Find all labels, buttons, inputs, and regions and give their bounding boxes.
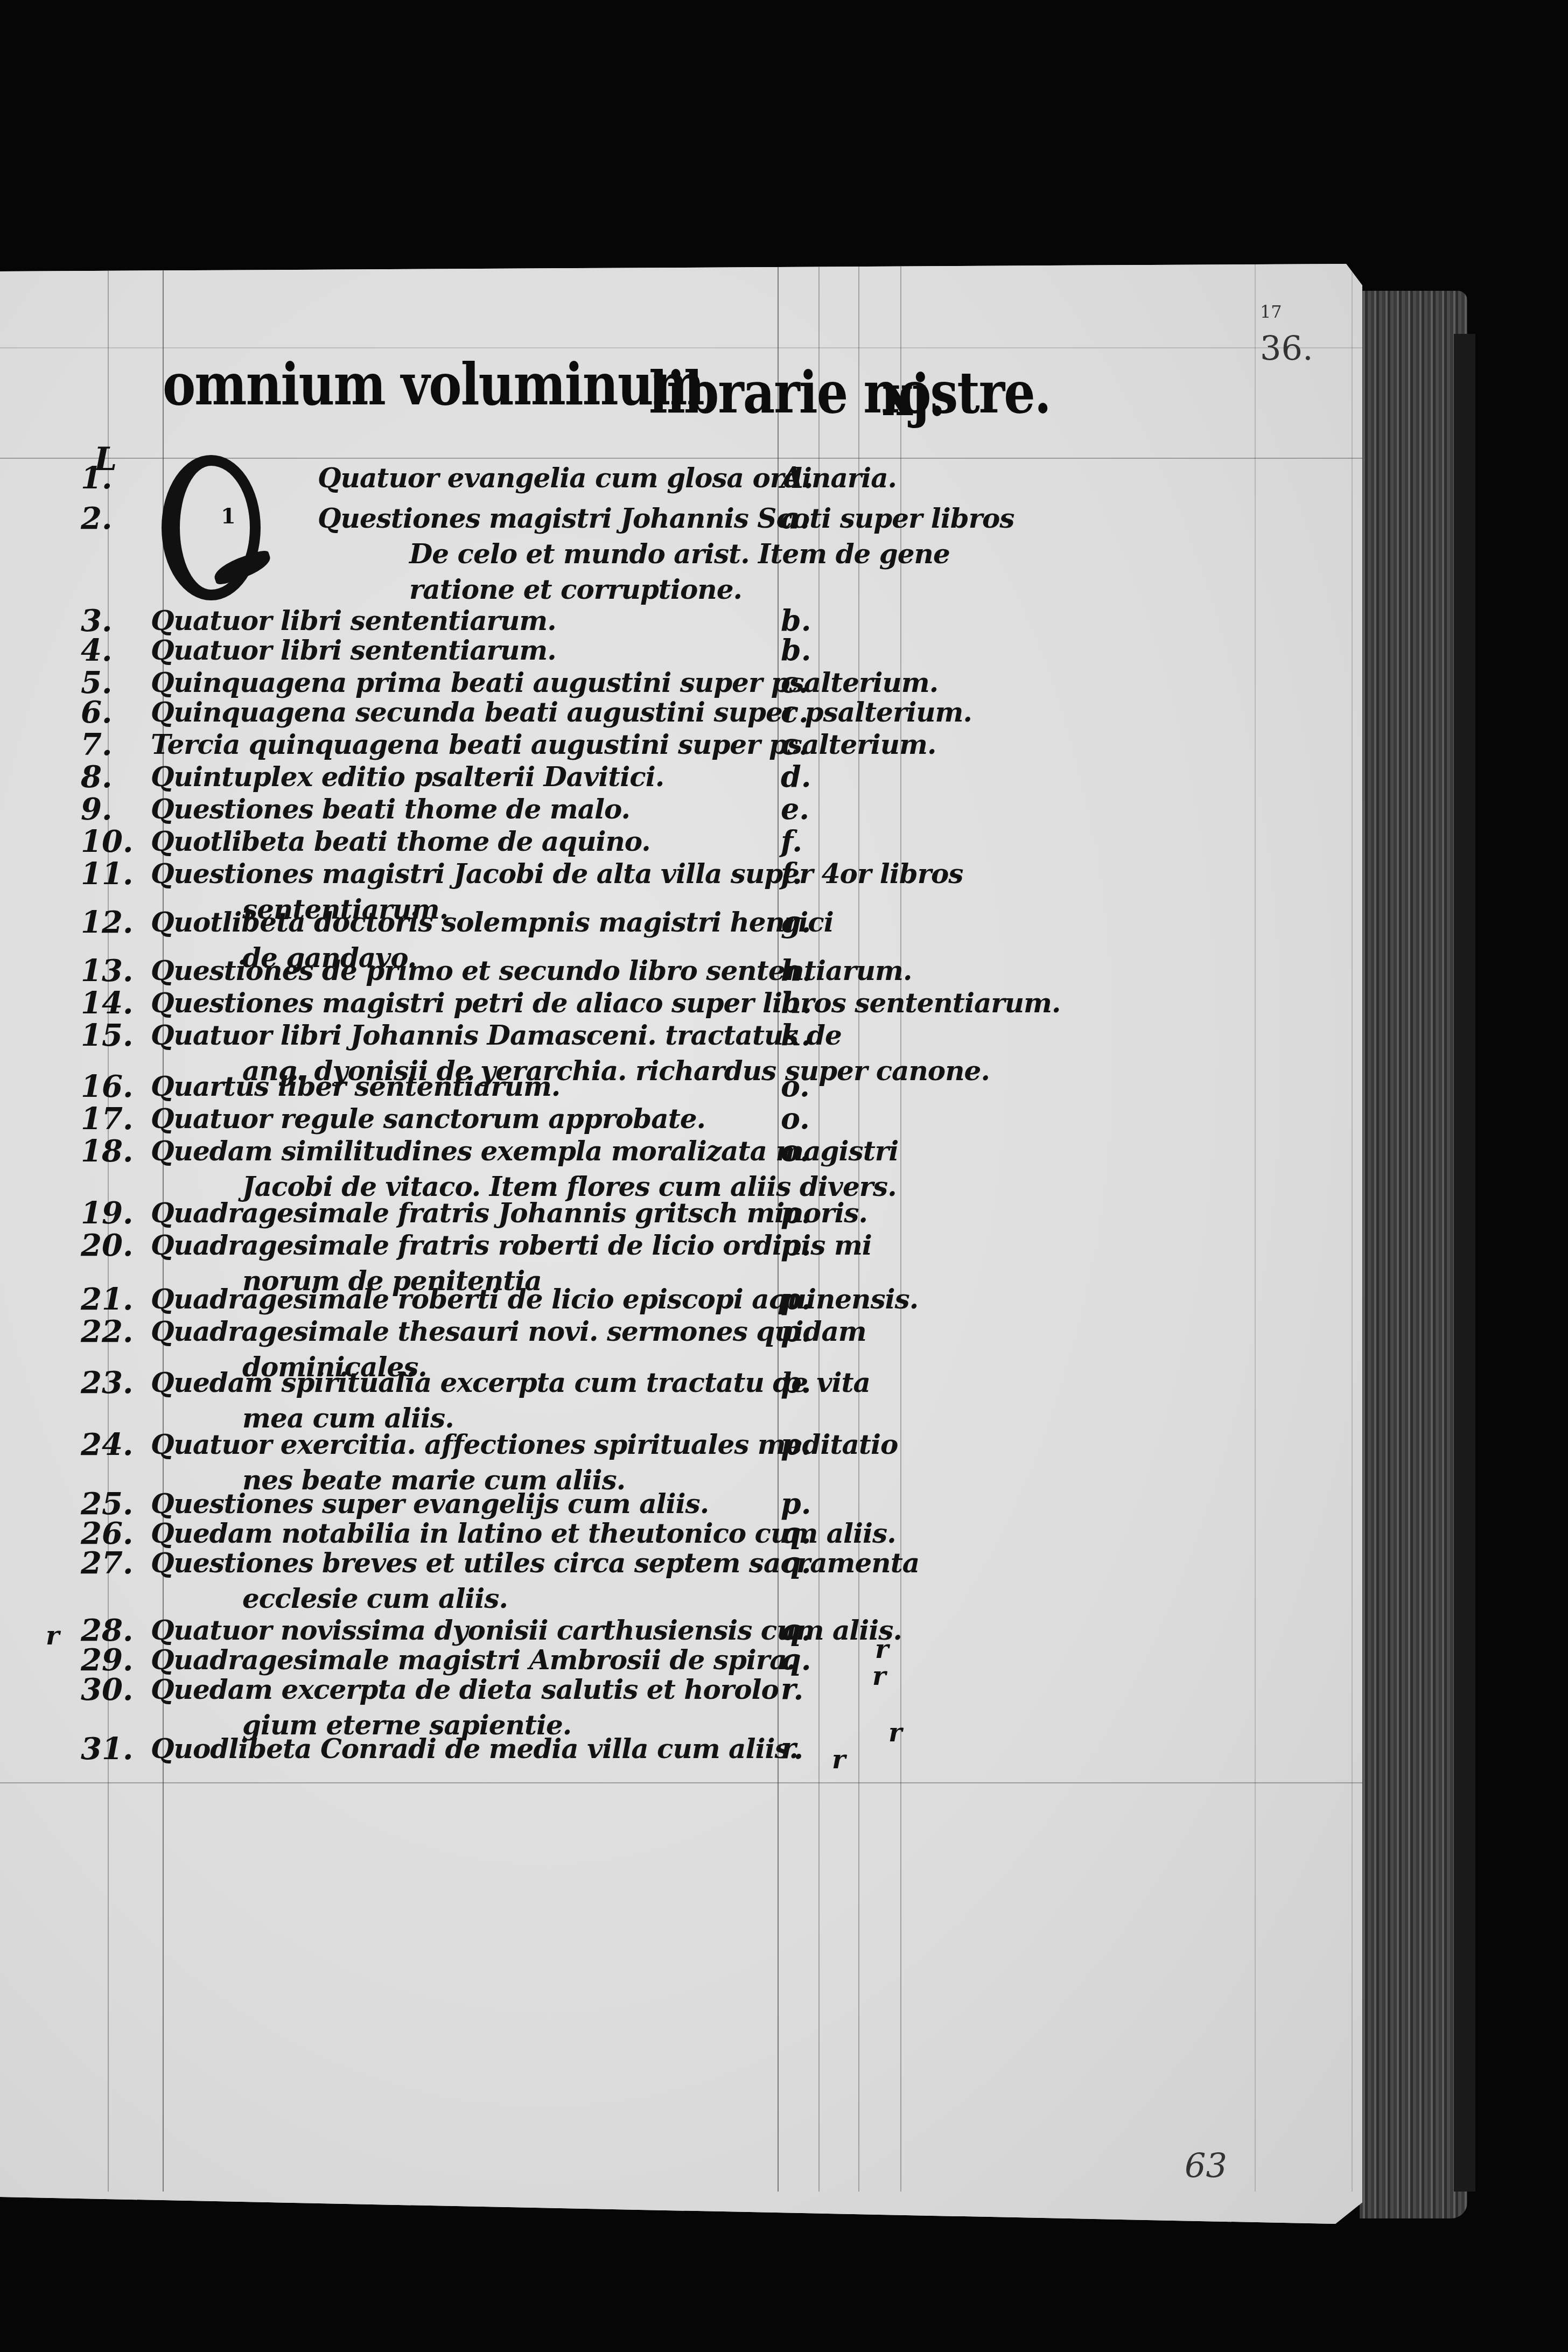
shelf-letter: c. (781, 727, 809, 761)
entry-number: 12. (81, 905, 145, 940)
entry-line: Quedam spiritualia excerpta cum tractatu… (151, 1365, 824, 1401)
entry-text: Tercia quinquagena beati augustini super… (151, 727, 824, 762)
shelf-letter: p. (781, 1195, 811, 1230)
entry-line: Quintuplex editio psalterii Davitici. (151, 759, 824, 795)
entry-number: 4. (81, 633, 145, 668)
margin-note-right: r (872, 1661, 886, 1691)
entry-number: 7. (81, 727, 145, 762)
entry-text: Quatuor evangelia cum glosa ordinaria. (318, 460, 991, 496)
shelf-letter: h. (781, 953, 812, 988)
entry-line: Quadragesimale thesauri novi. sermones q… (151, 1314, 824, 1349)
entry-text: Quotlibeta beati thome de aquino. (151, 824, 824, 859)
entry-line: Questiones de primo et secundo libro sen… (151, 953, 824, 989)
entry-line: Questiones magistri petri de aliaco supe… (151, 985, 824, 1021)
entry-line: Quotlibeta doctoris solempnis magistri h… (151, 905, 824, 940)
initial-inner-mark: 1 (221, 503, 236, 529)
shelf-letter: e. (781, 792, 809, 826)
entry-line: Quatuor regule sanctorum approbate. (151, 1101, 824, 1137)
entry-number: 22. (81, 1314, 145, 1349)
entry-line: Questiones beati thome de malo. (151, 792, 824, 827)
entry-text: Quadragesimale fratris Johannis gritsch … (151, 1195, 824, 1231)
book-fore-edge (1360, 291, 1467, 2218)
shelf-letter: h. (781, 985, 812, 1020)
shelf-letter: r. (781, 1672, 803, 1706)
entry-line: ratione et corruptione. (318, 572, 991, 607)
entry-text: Quatuor regule sanctorum approbate. (151, 1101, 824, 1137)
shelf-letter: A. (781, 460, 814, 495)
entry-number: 10. (81, 824, 145, 859)
shelf-letter: p. (781, 1314, 811, 1348)
entry-number: 13. (81, 953, 145, 989)
shelf-letter: p. (781, 1228, 811, 1262)
entry-line: Quatuor exercitia. affectiones spiritual… (151, 1427, 824, 1462)
shelf-letter: b. (781, 633, 811, 667)
shelf-letter: o. (781, 1133, 810, 1168)
entry-text: Quartus liber sententiarum. (151, 1069, 824, 1104)
entry-text: Quodlibeta Conradi de media villa cum al… (151, 1731, 824, 1767)
book-cover-edge (1454, 334, 1475, 2192)
margin-note-right: r (875, 1634, 888, 1664)
entry-number: 24. (81, 1427, 145, 1462)
headline-section: xj. (883, 362, 944, 429)
ruling-line (1352, 264, 1353, 2192)
entry-line: ecclesie cum aliis. (151, 1581, 824, 1616)
entry-line: De celo et mundo arist. Item de gene (318, 536, 991, 572)
entry-line: Questiones magistri Jacobi de alta villa… (151, 856, 824, 892)
entry-line: Quadragesimale roberti de licio episcopi… (151, 1282, 824, 1317)
entry-line: Tercia quinquagena beati augustini super… (151, 727, 824, 762)
entry-text: Quadragesimale roberti de licio episcopi… (151, 1282, 824, 1317)
shelf-letter: a. (781, 501, 810, 535)
entry-line: Quatuor evangelia cum glosa ordinaria. (318, 460, 991, 496)
entry-number: 14. (81, 985, 145, 1021)
entry-line: Quatuor libri Johannis Damasceni. tracta… (151, 1018, 824, 1053)
entry-text: Questiones breves et utiles circa septem… (151, 1545, 824, 1616)
shelf-letter: q. (781, 1545, 811, 1580)
entry-line: Quartus liber sententiarum. (151, 1069, 824, 1104)
entry-text: Questiones magistri Johannis Scoti super… (318, 501, 991, 607)
entry-line: Quotlibeta beati thome de aquino. (151, 824, 824, 859)
shelf-letter: o. (781, 1101, 810, 1136)
entry-number: 1. (81, 460, 145, 496)
entry-number: 17. (81, 1101, 145, 1137)
decorated-initial-q (162, 455, 261, 600)
shelf-letter: f. (781, 856, 802, 891)
shelf-letter: p. (781, 1365, 811, 1399)
entry-line: Quodlibeta Conradi de media villa cum al… (151, 1731, 824, 1767)
entry-number: 30. (81, 1672, 145, 1707)
entry-number: 16. (81, 1069, 145, 1104)
entry-line: Quinquagena secunda beati augustini supe… (151, 695, 824, 730)
shelf-letter: p. (781, 1427, 811, 1461)
ruling-line (0, 1782, 1362, 1783)
shelf-letter: r. (781, 1731, 803, 1766)
entry-text: Quatuor libri sententiarum. (151, 633, 824, 668)
entry-text: Questiones de primo et secundo libro sen… (151, 953, 824, 989)
entry-text: Questiones beati thome de malo. (151, 792, 824, 827)
bottom-number: 63 (1185, 2146, 1227, 2185)
headline-left: omnium voluminum (163, 351, 704, 418)
entry-number: 31. (81, 1731, 145, 1767)
entry-text: Quedam spiritualia excerpta cum tractatu… (151, 1365, 824, 1436)
entry-line: Quadragesimale fratris Johannis gritsch … (151, 1195, 824, 1231)
entry-line: Questiones breves et utiles circa septem… (151, 1545, 824, 1581)
folio-number: 36. (1260, 328, 1313, 368)
entry-line: Quatuor libri sententiarum. (151, 633, 824, 668)
entry-line: Questiones magistri Johannis Scoti super… (318, 501, 991, 536)
entry-number: 15. (81, 1018, 145, 1053)
entry-line: Quedam similitudines exempla moralizata … (151, 1133, 824, 1169)
headline-right: librarie nostre. (649, 359, 1051, 426)
ruling-line (0, 347, 1362, 348)
entry-number: 27. (81, 1545, 145, 1581)
entry-number: 8. (81, 759, 145, 795)
ruling-line (1255, 264, 1256, 2192)
shelf-letter: o. (781, 1069, 810, 1103)
entry-text: Questiones magistri petri de aliaco supe… (151, 985, 824, 1021)
entry-number: 2. (81, 501, 145, 536)
entry-line: Quedam excerpta de dieta salutis et horo… (151, 1672, 824, 1707)
entry-number: 19. (81, 1195, 145, 1231)
entry-line: Quadragesimale fratris roberti de licio … (151, 1228, 824, 1263)
entry-number: 6. (81, 695, 145, 730)
shelf-letter: d. (781, 759, 811, 794)
entry-number: 23. (81, 1365, 145, 1401)
shelf-letter: g. (781, 905, 811, 939)
margin-note-right: r (888, 1718, 902, 1748)
shelf-letter: p. (781, 1282, 811, 1316)
entry-number: 21. (81, 1282, 145, 1317)
entry-text: Quinquagena secunda beati augustini supe… (151, 695, 824, 730)
shelf-letter: f. (781, 824, 802, 858)
shelf-letter: k. (781, 1018, 811, 1052)
entry-number: 20. (81, 1228, 145, 1263)
entry-number: 11. (81, 856, 145, 892)
entry-text: Quedam similitudines exempla moralizata … (151, 1133, 824, 1205)
margin-note-right: r (832, 1745, 845, 1775)
margin-note-left: r (46, 1621, 59, 1651)
entry-number: 9. (81, 792, 145, 827)
entry-number: 18. (81, 1133, 145, 1169)
entry-text: Quintuplex editio psalterii Davitici. (151, 759, 824, 795)
folio-superscript: 17 (1260, 302, 1282, 322)
shelf-letter: c. (781, 695, 809, 729)
